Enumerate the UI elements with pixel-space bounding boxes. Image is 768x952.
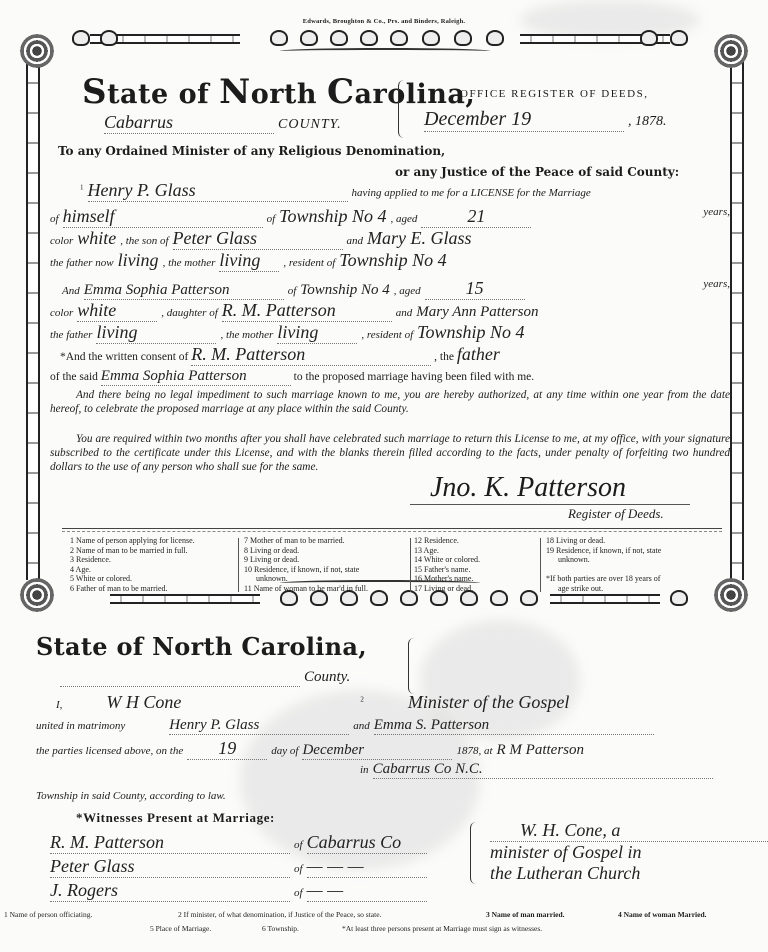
officiant-line: I, W H Cone 2 Minister of the Gospel <box>56 692 736 713</box>
marriage-month: December <box>302 742 452 760</box>
witness-residence: — — <box>307 880 427 902</box>
signature-line: Jno. K. Patterson <box>410 478 690 505</box>
woman-residence: Township No 4 <box>300 282 389 298</box>
witness-row: J. Rogers of — — <box>50 880 450 904</box>
woman-mother-status: living <box>277 322 357 344</box>
man-parents-residence: Township No 4 <box>339 250 446 270</box>
consent-relation: father <box>457 344 500 364</box>
witness-name: J. Rogers <box>50 880 290 902</box>
license-state-title: State of North Carolina, <box>82 72 475 112</box>
witness-name: Peter Glass <box>50 856 290 878</box>
date-place-line: the parties licensed above, on the 19 da… <box>36 738 736 760</box>
witness-row: Peter Glass of — — — <box>50 856 450 880</box>
woman-father: R. M. Patterson <box>222 300 392 322</box>
woman-color-line: color white , daughter of R. M. Patterso… <box>50 300 740 322</box>
applicant-name: Henry P. Glass <box>88 180 348 202</box>
officiant-signature: W. H. Cone, a minister of Gospel in the … <box>490 820 750 884</box>
date-value: December 19 <box>424 108 624 132</box>
field-legend: 1 Name of person applying for license.2 … <box>70 536 720 594</box>
legend-rule <box>62 531 722 532</box>
consent-for: Emma Sophia Patterson <box>101 368 291 386</box>
year-value: , 1878. <box>628 114 667 129</box>
township-law-text: Township in said County, according to la… <box>36 790 226 802</box>
consent-line: *And the written consent of R. M. Patter… <box>60 344 730 366</box>
certificate-county-label: County. <box>304 669 350 685</box>
floral-corner-icon <box>714 34 748 68</box>
county-line: Cabarrus COUNTY. <box>104 112 384 134</box>
ribbon-bow <box>280 48 490 54</box>
brace <box>470 822 481 884</box>
legend-col-4: 18 Living or dead.19 Residence, if known… <box>546 536 661 593</box>
officiant-name: W H Cone <box>106 692 356 713</box>
certificate-county-line: County. <box>60 668 350 687</box>
chain-border-left <box>26 60 40 580</box>
woman-parents-line: the father living , the mother living , … <box>50 322 730 344</box>
witness-name: R. M. Patterson <box>50 832 290 854</box>
witness-heading: *Witnesses Present at Marriage: <box>76 810 275 826</box>
printer-credit: Edwards, Broughton & Co., Prs. and Binde… <box>0 18 768 25</box>
brace <box>398 80 409 138</box>
denomination: Minister of the Gospel <box>408 692 569 712</box>
man-father: Peter Glass <box>173 228 343 250</box>
ribbon-border-top <box>30 30 738 44</box>
brace <box>408 638 419 694</box>
man-age: 21 <box>421 206 531 228</box>
office-register-of-deeds: OFFICE REGISTER OF DEEDS, <box>460 88 648 100</box>
man-name: himself <box>63 206 263 228</box>
united-line: united in matrimony Henry P. Glass and E… <box>36 716 736 735</box>
date-line: December 19 , 1878. <box>424 108 667 132</box>
witness-row: R. M. Patterson of Cabarrus Co <box>50 832 450 856</box>
man-mother: Mary E. Glass <box>367 228 472 248</box>
applicant-line: 1 Henry P. Glass having applied to me fo… <box>80 180 720 202</box>
marriage-place: R M Patterson <box>497 742 585 758</box>
woman-line: And Emma Sophia Patterson of Township No… <box>62 278 730 300</box>
man-residence: Township No 4 <box>279 206 386 226</box>
man-mother-status: living <box>219 250 279 272</box>
legend-col-2: 7 Mother of man to be married.8 Living o… <box>244 536 368 593</box>
witness-list: R. M. Patterson of Cabarrus Co Peter Gla… <box>50 832 450 904</box>
witness-residence: Cabarrus Co <box>307 832 427 854</box>
man-color-line: color white , the son of Peter Glass and… <box>50 228 730 250</box>
woman-married: Emma S. Patterson <box>374 717 654 735</box>
woman-father-status: living <box>96 322 216 344</box>
register-signature: Jno. K. Patterson <box>430 472 626 504</box>
certificate-state-title: State of North Carolina, <box>36 632 367 661</box>
applied-text: having applied to me for a LICENSE for t… <box>352 187 591 199</box>
legend-rule <box>62 528 722 529</box>
legend-col-3: 12 Residence.13 Age.14 White or colored.… <box>414 536 480 593</box>
man-married: Henry P. Glass <box>169 717 349 735</box>
witness-residence: — — — <box>307 856 427 878</box>
return-text: You are required within two months after… <box>50 432 730 474</box>
man-parents-line: the father now living , the mother livin… <box>50 250 730 272</box>
woman-name: Emma Sophia Patterson <box>84 282 284 300</box>
addressee-minister: To any Ordained Minister of any Religiou… <box>58 144 445 158</box>
man-color: white <box>77 228 116 248</box>
woman-mother: Mary Ann Patterson <box>416 304 538 320</box>
township-line: in Cabarrus Co N.C. <box>360 760 740 779</box>
register-title: Register of Deeds. <box>568 506 664 522</box>
consent-for-line: of the said Emma Sophia Patterson to the… <box>50 368 740 386</box>
man-father-status: living <box>118 250 159 270</box>
county-label: COUNTY. <box>278 117 342 132</box>
woman-parents-residence: Township No 4 <box>417 322 524 342</box>
addressee-justice: or any Justice of the Peace of said Coun… <box>395 165 679 179</box>
marriage-township: Cabarrus Co N.C. <box>373 761 713 779</box>
marriage-day: 19 <box>187 738 267 760</box>
consent-name: R. M. Patterson <box>191 344 431 366</box>
man-line: of himself of Township No 4 , aged 21 ye… <box>50 206 730 228</box>
authorization-text: And there being no legal impediment to s… <box>50 388 730 416</box>
woman-age: 15 <box>425 278 525 300</box>
woman-color: white <box>77 300 157 322</box>
county-value: Cabarrus <box>104 112 274 134</box>
floral-corner-icon <box>20 34 54 68</box>
legend-col-1: 1 Name of person applying for license.2 … <box>70 536 195 593</box>
